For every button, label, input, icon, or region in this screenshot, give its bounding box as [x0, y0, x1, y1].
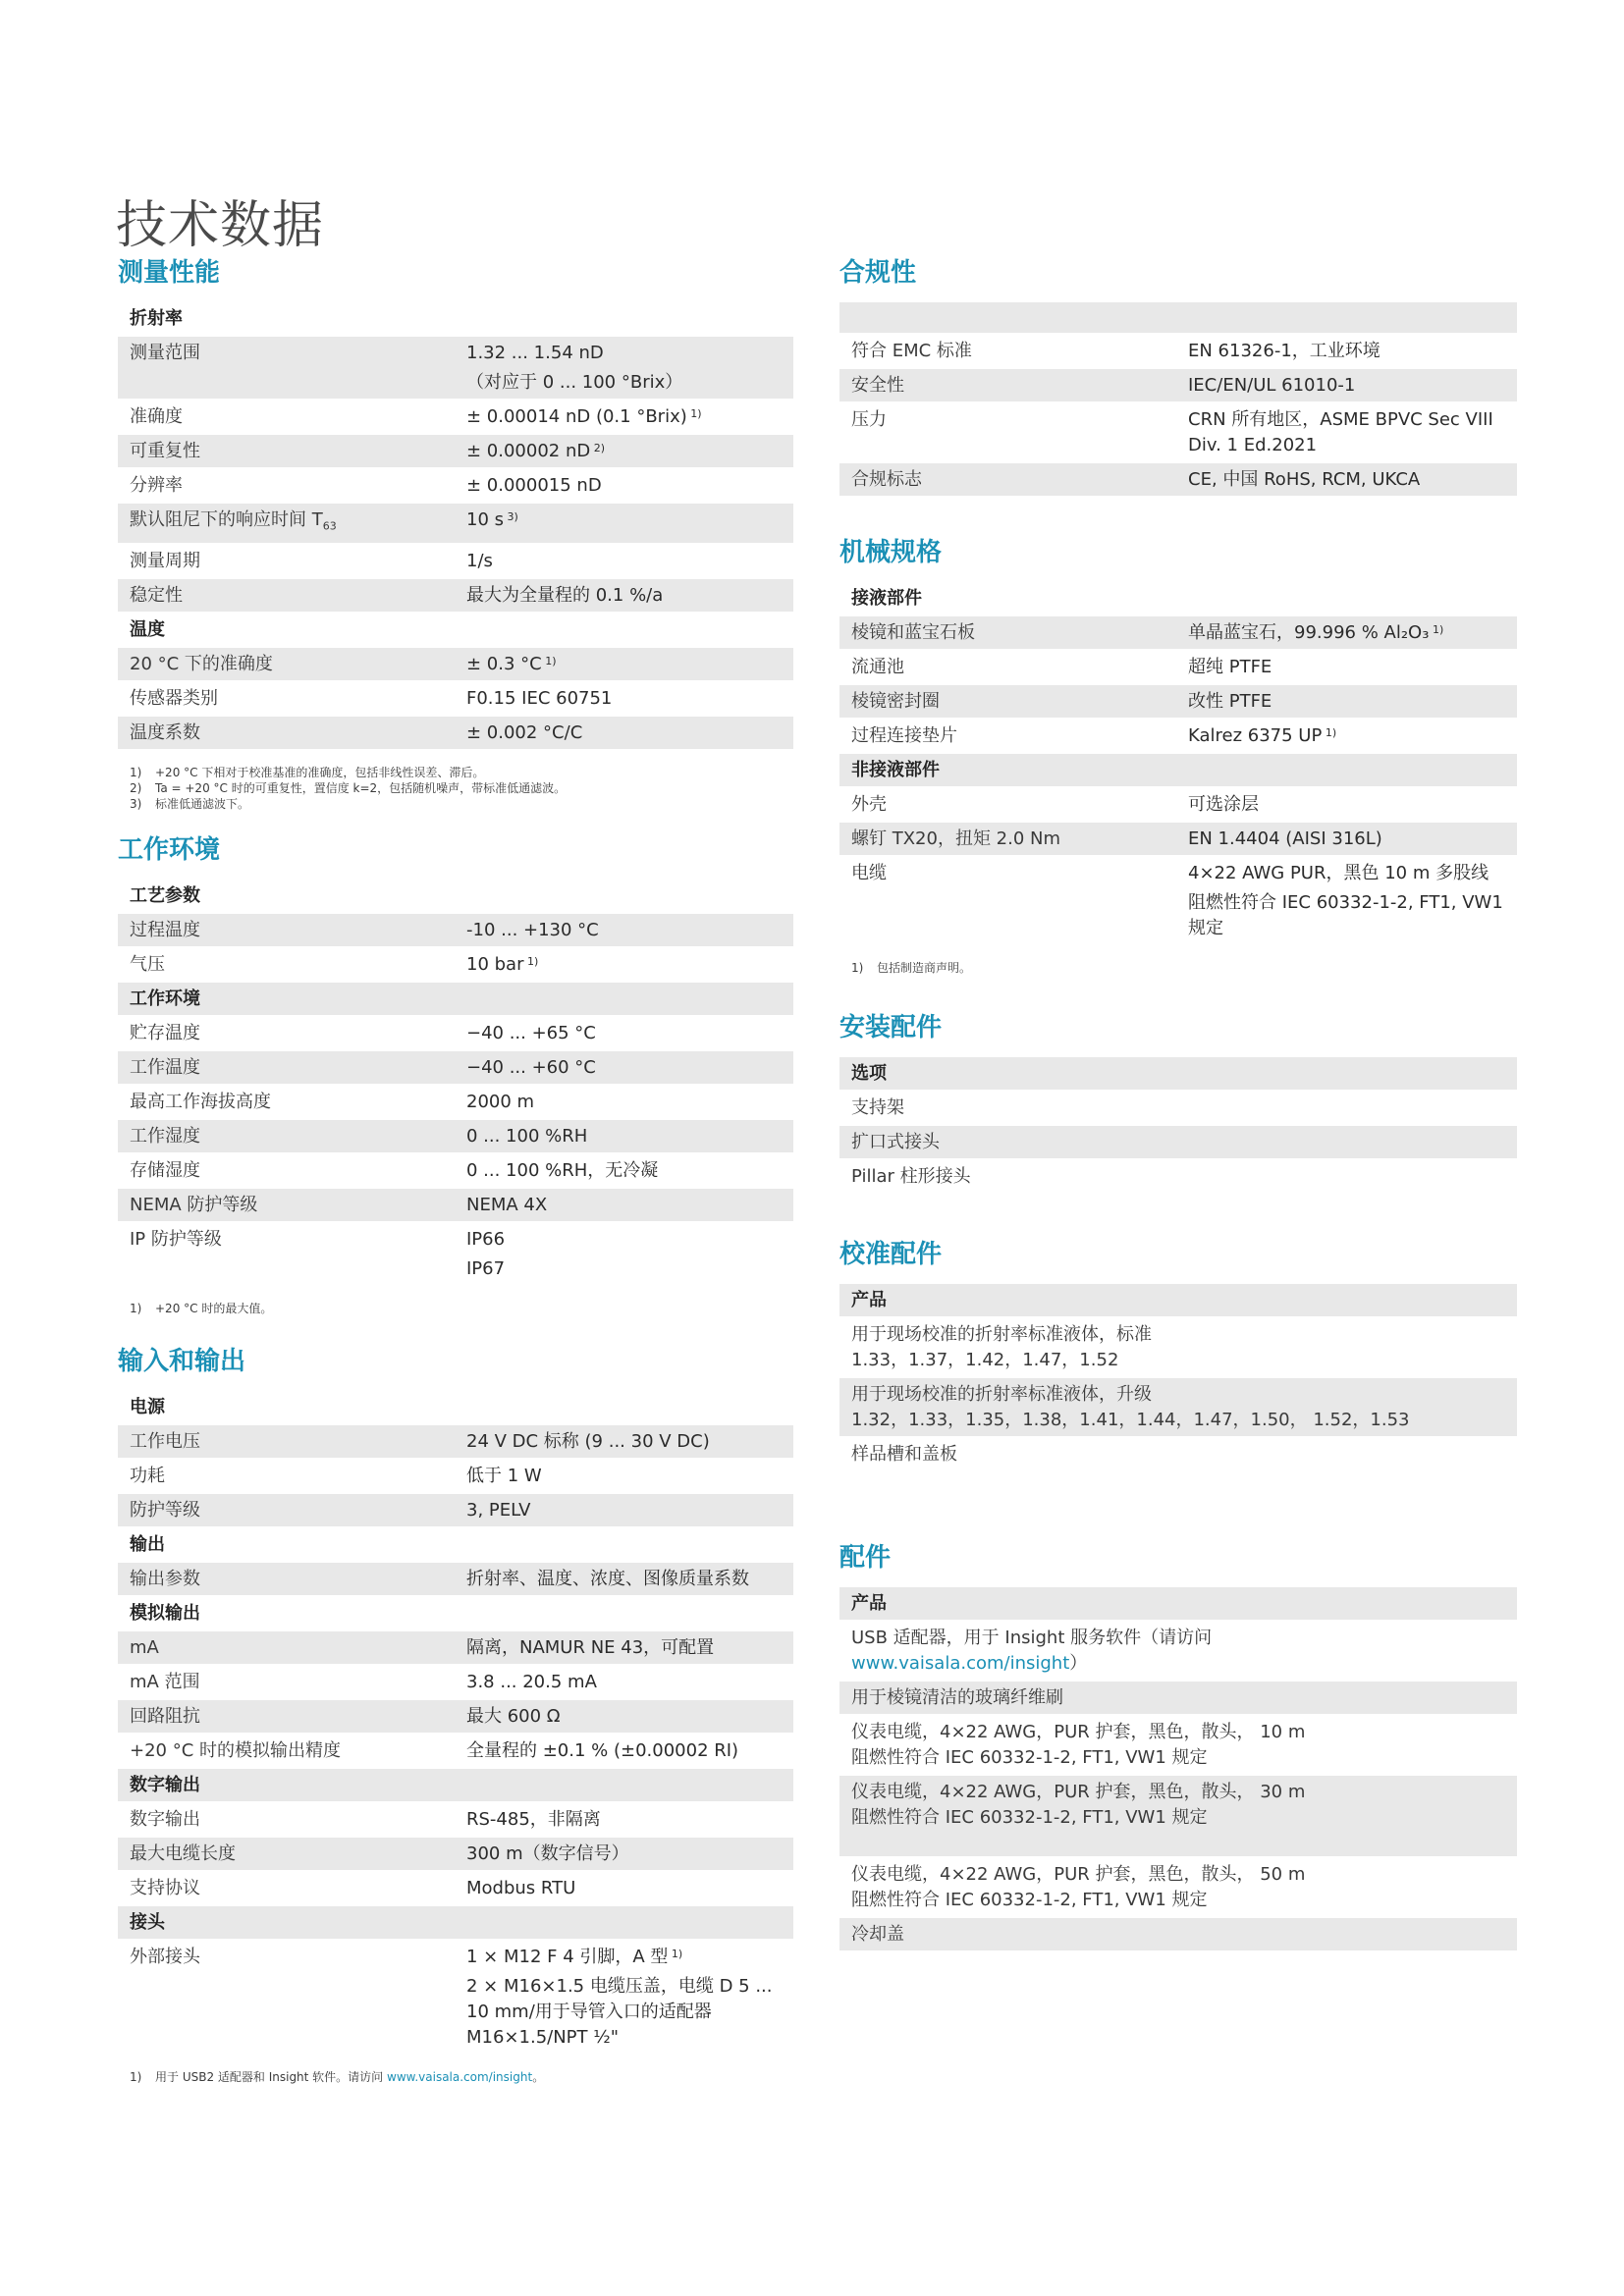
row-label: 气压 — [118, 952, 466, 978]
row-value: 全量程的 ±0.1 % (±0.00002 RI) — [466, 1738, 793, 1764]
value-line: 10 s 3) — [466, 507, 785, 533]
table-row: 可重复性± 0.00002 nD 2) — [118, 435, 793, 469]
row-value: 10 bar 1) — [466, 952, 793, 978]
row-value: 可选涂层 — [1188, 792, 1517, 818]
table-row: 工作温度−40 ... +60 °C — [118, 1051, 793, 1086]
row-value: 最大 600 Ω — [466, 1704, 793, 1730]
row-value: EN 61326-1，工业环境 — [1188, 339, 1517, 364]
row-value: NEMA 4X — [466, 1193, 793, 1218]
footnotes: 1)+20 °C 时的最大值。 — [118, 1301, 793, 1316]
spec-table: 符合 EMC 标准EN 61326-1，工业环境安全性IEC/EN/UL 610… — [839, 302, 1517, 498]
section-heading: 校准配件 — [839, 1235, 1517, 1284]
table-subheader: 工作环境 — [118, 983, 793, 1017]
row-value: −40 ... +60 °C — [466, 1055, 793, 1081]
table-row: 工作电压24 V DC 标称 (9 ... 30 V DC) — [118, 1425, 793, 1460]
row-label: 默认阻尼下的响应时间 T63 — [118, 507, 466, 540]
row-value: 1 × M12 F 4 引脚，A 型 1)2 × M16×1.5 电缆压盖，电缆… — [466, 1945, 793, 2051]
value-line: 最大为全量程的 0.1 %/a — [466, 583, 785, 609]
row-label: 工艺参数 — [118, 883, 793, 909]
footnotes: 1) 用于 USB2 适配器和 Insight 软件。请访问 www.vaisa… — [118, 2069, 793, 2085]
row-label: 过程连接垫片 — [839, 723, 1188, 749]
row-label: 合规标志 — [839, 467, 1188, 493]
row-value: 改性 PTFE — [1188, 689, 1517, 715]
section-heading: 机械规格 — [839, 533, 1517, 582]
table-row: 回路阻抗最大 600 Ω — [118, 1700, 793, 1735]
row-label: 仪表电缆，4×22 AWG，PUR 护套，黑色，散头， 30 m阻燃性符合 IE… — [839, 1780, 1517, 1853]
table-row: 安全性IEC/EN/UL 61010-1 — [839, 369, 1517, 403]
table-subheader: 非接液部件 — [839, 754, 1517, 788]
value-line: 3, PELV — [466, 1498, 785, 1523]
table-row: 测量周期1/s — [118, 545, 793, 579]
row-label: 仪表电缆，4×22 AWG，PUR 护套，黑色，散头， 10 m阻燃性符合 IE… — [839, 1720, 1517, 1771]
value-line: −40 ... +65 °C — [466, 1021, 785, 1046]
row-label: 接液部件 — [839, 586, 1517, 612]
footnote-number: 1) — [130, 1301, 155, 1316]
table-subheader: 接液部件 — [839, 582, 1517, 616]
value-line: CE, 中国 RoHS, RCM, UKCA — [1188, 467, 1509, 493]
row-label: 安全性 — [839, 373, 1188, 399]
row-value: 1.32 ... 1.54 nD（对应于 0 ... 100 °Brix） — [466, 341, 793, 396]
value-line: 10 bar 1) — [466, 952, 785, 978]
row-value: Kalrez 6375 UP 1) — [1188, 723, 1517, 749]
table-row: 分辨率± 0.000015 nD — [118, 469, 793, 504]
value-line: 4×22 AWG PUR，黑色 10 m 多股线 — [1188, 861, 1509, 886]
spec-table: 折射率测量范围1.32 ... 1.54 nD（对应于 0 ... 100 °B… — [118, 302, 793, 751]
row-label: 产品 — [839, 1288, 1517, 1313]
value-line: 24 V DC 标称 (9 ... 30 V DC) — [466, 1429, 785, 1455]
row-value: IP66IP67 — [466, 1227, 793, 1282]
value-line: RS-485，非隔离 — [466, 1807, 785, 1833]
table-subheader: 温度 — [118, 614, 793, 648]
row-label: 工作温度 — [118, 1055, 466, 1081]
spec-table: 产品USB 适配器，用于 Insight 服务软件（请访问www.vaisala… — [839, 1587, 1517, 1952]
value-line: 最大 600 Ω — [466, 1704, 785, 1730]
row-value: ± 0.00002 nD 2) — [466, 439, 793, 464]
page-title: 技术数据 — [116, 184, 324, 257]
value-line: 超纯 PTFE — [1188, 655, 1509, 680]
table-subheader: 工艺参数 — [118, 880, 793, 914]
table-row: 仪表电缆，4×22 AWG，PUR 护套，黑色，散头， 30 m阻燃性符合 IE… — [839, 1776, 1517, 1858]
section-heading: 工作环境 — [118, 830, 793, 880]
value-line: 2 × M16×1.5 电缆压盖，电缆 D 5 ... 10 mm/用于导管入口… — [466, 1974, 785, 2051]
section-heading: 合规性 — [839, 253, 1517, 302]
value-line: 2000 m — [466, 1090, 785, 1115]
row-value: 4×22 AWG PUR，黑色 10 m 多股线阻燃性符合 IEC 60332-… — [1188, 861, 1517, 941]
footnote-text: +20 °C 时的最大值。 — [155, 1301, 272, 1316]
section-compliance: 合规性 符合 EMC 标准EN 61326-1，工业环境安全性IEC/EN/UL… — [839, 253, 1517, 498]
row-value: EN 1.4404 (AISI 316L) — [1188, 827, 1517, 852]
table-row: 默认阻尼下的响应时间 T6310 s 3) — [118, 504, 793, 545]
table-row: 样品槽和盖板 — [839, 1438, 1517, 1472]
table-row: 最高工作海拔高度2000 m — [118, 1086, 793, 1120]
table-row: Pillar 柱形接头 — [839, 1160, 1517, 1195]
table-subheader: 产品 — [839, 1587, 1517, 1622]
section-io: 输入和输出 电源工作电压24 V DC 标称 (9 ... 30 V DC)功耗… — [118, 1342, 793, 2085]
section-heading: 配件 — [839, 1538, 1517, 1587]
row-label: mA 范围 — [118, 1670, 466, 1695]
table-row: 流通池超纯 PTFE — [839, 651, 1517, 685]
table-row: 仪表电缆，4×22 AWG，PUR 护套，黑色，散头， 50 m阻燃性符合 IE… — [839, 1858, 1517, 1918]
row-label: 可重复性 — [118, 439, 466, 464]
row-label: 冷却盖 — [839, 1922, 1517, 1948]
row-label: 贮存温度 — [118, 1021, 466, 1046]
row-value: 1/s — [466, 549, 793, 574]
value-line: Kalrez 6375 UP 1) — [1188, 723, 1509, 749]
table-row: 冷却盖 — [839, 1918, 1517, 1952]
value-line: 3.8 ... 20.5 mA — [466, 1670, 785, 1695]
spec-table: 产品用于现场校准的折射率标准液体，标准1.33，1.37，1.42，1.47，1… — [839, 1284, 1517, 1472]
row-label: 20 °C 下的准确度 — [118, 652, 466, 677]
table-subheader: 数字输出 — [118, 1769, 793, 1803]
row-label: 最高工作海拔高度 — [118, 1090, 466, 1115]
row-label: 产品 — [839, 1591, 1517, 1617]
table-row: 扩口式接头 — [839, 1126, 1517, 1160]
row-label: 棱镜和蓝宝石板 — [839, 620, 1188, 646]
footnote: 1)+20 °C 下相对于校准基准的准确度，包括非线性误差、滞后。 — [130, 765, 793, 780]
row-label: 存储湿度 — [118, 1158, 466, 1184]
value-line: CRN 所有地区，ASME BPVC Sec VIII Div. 1 Ed.20… — [1188, 407, 1509, 458]
row-label: +20 °C 时的模拟输出精度 — [118, 1738, 466, 1764]
row-label: 测量周期 — [118, 549, 466, 574]
table-row: 准确度± 0.00014 nD (0.1 °Brix) 1) — [118, 400, 793, 435]
footnote-number: 3) — [130, 796, 155, 812]
value-line: EN 61326-1，工业环境 — [1188, 339, 1509, 364]
row-value: CRN 所有地区，ASME BPVC Sec VIII Div. 1 Ed.20… — [1188, 407, 1517, 458]
row-label: 回路阻抗 — [118, 1704, 466, 1730]
table-row: mA 范围3.8 ... 20.5 mA — [118, 1666, 793, 1700]
row-label: 电缆 — [839, 861, 1188, 941]
table-row: 存储湿度0 ... 100 %RH，无冷凝 — [118, 1154, 793, 1189]
row-value: 10 s 3) — [466, 507, 793, 540]
table-row: 工作湿度0 ... 100 %RH — [118, 1120, 793, 1154]
row-label: 准确度 — [118, 404, 466, 430]
value-line: IP67 — [466, 1256, 785, 1282]
row-value: ± 0.002 °C/C — [466, 721, 793, 746]
row-value: Modbus RTU — [466, 1876, 793, 1901]
row-value: ± 0.00014 nD (0.1 °Brix) 1) — [466, 404, 793, 430]
footnote: 3)标准低通滤波下。 — [130, 796, 793, 812]
value-line: 1.32 ... 1.54 nD — [466, 341, 785, 366]
footnotes: 1)+20 °C 下相对于校准基准的准确度，包括非线性误差、滞后。2)Ta = … — [118, 765, 793, 812]
footnote-number: 1) — [130, 2069, 155, 2085]
row-label: 工作环境 — [118, 987, 793, 1012]
value-line: EN 1.4404 (AISI 316L) — [1188, 827, 1509, 852]
footnote-number: 1) — [130, 765, 155, 780]
row-label: 功耗 — [118, 1464, 466, 1489]
footnote-text: 包括制造商声明。 — [877, 960, 971, 976]
row-value: 0 ... 100 %RH — [466, 1124, 793, 1149]
table-row: 压力CRN 所有地区，ASME BPVC Sec VIII Div. 1 Ed.… — [839, 403, 1517, 463]
row-label: 温度系数 — [118, 721, 466, 746]
value-line: ± 0.3 °C 1) — [466, 652, 785, 677]
section-environment: 工作环境 工艺参数过程温度-10 ... +130 °C气压10 bar 1)工… — [118, 830, 793, 1316]
table-row: 外部接头1 × M12 F 4 引脚，A 型 1)2 × M16×1.5 电缆压… — [118, 1941, 793, 2056]
row-value: 隔离，NAMUR NE 43，可配置 — [466, 1635, 793, 1661]
row-label-line2: 阻燃性符合 IEC 60332-1-2, FT1, VW1 规定 — [851, 1807, 1208, 1828]
table-row: USB 适配器，用于 Insight 服务软件（请访问www.vaisala.c… — [839, 1622, 1517, 1682]
footnote-text: Ta = +20 °C 时的可重复性，置信度 k=2，包括随机噪声，带标准低通滤… — [155, 780, 566, 796]
row-label: Pillar 柱形接头 — [839, 1164, 1517, 1190]
value-line: F0.15 IEC 60751 — [466, 686, 785, 712]
insight-link[interactable]: www.vaisala.com/insight — [387, 2070, 532, 2084]
footnote-text: 标准低通滤波下。 — [155, 796, 249, 812]
value-line: ± 0.00002 nD 2) — [466, 439, 785, 464]
row-label: 用于现场校准的折射率标准液体，标准1.33，1.37，1.42，1.47，1.5… — [839, 1322, 1517, 1373]
table-row: 用于棱镜清洁的玻璃纤维刷 — [839, 1682, 1517, 1716]
row-label: mA — [118, 1635, 466, 1661]
section-calibration: 校准配件 产品用于现场校准的折射率标准液体，标准1.33，1.37，1.42，1… — [839, 1235, 1517, 1472]
row-label: 外部接头 — [118, 1945, 466, 2051]
row-value: 单晶蓝宝石，99.996 % Al₂O₃ 1) — [1188, 620, 1517, 646]
value-line: ± 0.00014 nD (0.1 °Brix) 1) — [466, 404, 785, 430]
row-label: 折射率 — [118, 306, 793, 332]
row-label: 用于现场校准的折射率标准液体，升级1.32，1.33，1.35，1.38，1.4… — [839, 1382, 1517, 1433]
row-label: 工作电压 — [118, 1429, 466, 1455]
table-row: 过程连接垫片Kalrez 6375 UP 1) — [839, 720, 1517, 754]
value-line: （对应于 0 ... 100 °Brix） — [466, 370, 785, 396]
row-label: 螺钉 TX20，扭矩 2.0 Nm — [839, 827, 1188, 852]
table-subheader: 模拟输出 — [118, 1597, 793, 1631]
row-label: 传感器类别 — [118, 686, 466, 712]
footnotes: 1)包括制造商声明。 — [839, 960, 1517, 976]
row-label: NEMA 防护等级 — [118, 1193, 466, 1218]
value-line: 单晶蓝宝石，99.996 % Al₂O₃ 1) — [1188, 620, 1509, 646]
table-row: 防护等级3, PELV — [118, 1494, 793, 1528]
row-label-line2: 1.32，1.33，1.35，1.38，1.41，1.44，1.47，1.50，… — [851, 1410, 1410, 1430]
value-line: 隔离，NAMUR NE 43，可配置 — [466, 1635, 785, 1661]
table-row: 最大电缆长度300 m（数字信号） — [118, 1838, 793, 1872]
row-label: 用于棱镜清洁的玻璃纤维刷 — [839, 1685, 1517, 1711]
table-row: 贮存温度−40 ... +65 °C — [118, 1017, 793, 1051]
value-line: ± 0.002 °C/C — [466, 721, 785, 746]
row-label: 流通池 — [839, 655, 1188, 680]
table-row: +20 °C 时的模拟输出精度全量程的 ±0.1 % (±0.00002 RI) — [118, 1735, 793, 1769]
table-subheader — [839, 302, 1517, 335]
table-row: 传感器类别F0.15 IEC 60751 — [118, 682, 793, 717]
value-line: −40 ... +60 °C — [466, 1055, 785, 1081]
spec-table: 工艺参数过程温度-10 ... +130 °C气压10 bar 1)工作环境贮存… — [118, 880, 793, 1287]
table-row: 仪表电缆，4×22 AWG，PUR 护套，黑色，散头， 10 m阻燃性符合 IE… — [839, 1716, 1517, 1776]
footnote-text: 用于 USB2 适配器和 Insight 软件。请访问 www.vaisala.… — [155, 2069, 544, 2085]
row-value: IEC/EN/UL 61010-1 — [1188, 373, 1517, 399]
table-row: 过程温度-10 ... +130 °C — [118, 914, 793, 948]
row-label-line2: 阻燃性符合 IEC 60332-1-2, FT1, VW1 规定 — [851, 1890, 1208, 1910]
row-label: 非接液部件 — [839, 758, 1517, 783]
table-row: 输出参数折射率、温度、浓度、图像质量系数 — [118, 1563, 793, 1597]
row-label: 输出参数 — [118, 1567, 466, 1592]
footnote: 1) 用于 USB2 适配器和 Insight 软件。请访问 www.vaisa… — [130, 2069, 793, 2085]
row-label: 数字输出 — [118, 1773, 793, 1798]
value-line: IEC/EN/UL 61010-1 — [1188, 373, 1509, 399]
table-subheader: 产品 — [839, 1284, 1517, 1318]
row-label: 压力 — [839, 407, 1188, 458]
table-row: 支持架 — [839, 1092, 1517, 1126]
row-value: 24 V DC 标称 (9 ... 30 V DC) — [466, 1429, 793, 1455]
row-label: 电源 — [118, 1395, 793, 1420]
section-heading: 测量性能 — [118, 253, 793, 302]
row-value: 折射率、温度、浓度、图像质量系数 — [466, 1567, 793, 1592]
value-line: -10 ... +130 °C — [466, 918, 785, 943]
table-subheader: 折射率 — [118, 302, 793, 337]
row-label: 输出 — [118, 1532, 793, 1558]
row-value: 300 m（数字信号） — [466, 1842, 793, 1867]
row-value: ± 0.3 °C 1) — [466, 652, 793, 677]
section-accessories: 配件 产品USB 适配器，用于 Insight 服务软件（请访问www.vais… — [839, 1538, 1517, 1952]
table-row: NEMA 防护等级NEMA 4X — [118, 1189, 793, 1223]
row-value: -10 ... +130 °C — [466, 918, 793, 943]
footnote-number: 2) — [130, 780, 155, 796]
table-row: 数字输出RS-485，非隔离 — [118, 1803, 793, 1838]
table-row: 温度系数± 0.002 °C/C — [118, 717, 793, 751]
row-value: 3.8 ... 20.5 mA — [466, 1670, 793, 1695]
value-line: 300 m（数字信号） — [466, 1842, 785, 1867]
section-measurement: 测量性能 折射率测量范围1.32 ... 1.54 nD（对应于 0 ... 1… — [118, 253, 793, 812]
row-value: 3, PELV — [466, 1498, 793, 1523]
table-row: 功耗低于 1 W — [118, 1460, 793, 1494]
row-label: 过程温度 — [118, 918, 466, 943]
row-label: 扩口式接头 — [839, 1130, 1517, 1155]
table-row: 气压10 bar 1) — [118, 948, 793, 983]
row-label: 数字输出 — [118, 1807, 466, 1833]
value-line: NEMA 4X — [466, 1193, 785, 1218]
table-row: 用于现场校准的折射率标准液体，标准1.33，1.37，1.42，1.47，1.5… — [839, 1318, 1517, 1378]
row-label: 模拟输出 — [118, 1601, 793, 1627]
row-label: 棱镜密封圈 — [839, 689, 1188, 715]
row-value: F0.15 IEC 60751 — [466, 686, 793, 712]
row-value: ± 0.000015 nD — [466, 473, 793, 499]
row-value: 2000 m — [466, 1090, 793, 1115]
value-line: 0 ... 100 %RH，无冷凝 — [466, 1158, 785, 1184]
table-subheader: 选项 — [839, 1057, 1517, 1092]
table-row: 稳定性最大为全量程的 0.1 %/a — [118, 579, 793, 614]
value-line: 折射率、温度、浓度、图像质量系数 — [466, 1567, 785, 1592]
row-label: 分辨率 — [118, 473, 466, 499]
value-line: 可选涂层 — [1188, 792, 1509, 818]
value-line: 0 ... 100 %RH — [466, 1124, 785, 1149]
row-value: 0 ... 100 %RH，无冷凝 — [466, 1158, 793, 1184]
row-label: 选项 — [839, 1061, 1517, 1087]
row-label: 符合 EMC 标准 — [839, 339, 1188, 364]
table-subheader: 接头 — [118, 1906, 793, 1941]
row-label-line2: 阻燃性符合 IEC 60332-1-2, FT1, VW1 规定 — [851, 1747, 1208, 1768]
row-label: IP 防护等级 — [118, 1227, 466, 1282]
table-row: 外壳可选涂层 — [839, 788, 1517, 823]
row-label: 样品槽和盖板 — [839, 1442, 1517, 1468]
row-label: 稳定性 — [118, 583, 466, 609]
table-row: IP 防护等级IP66IP67 — [118, 1223, 793, 1287]
table-row: 20 °C 下的准确度± 0.3 °C 1) — [118, 648, 793, 682]
footnote: 1)包括制造商声明。 — [851, 960, 1517, 976]
section-mechanical: 机械规格 接液部件棱镜和蓝宝石板单晶蓝宝石，99.996 % Al₂O₃ 1)流… — [839, 533, 1517, 976]
table-row: 棱镜密封圈改性 PTFE — [839, 685, 1517, 720]
footnote: 2)Ta = +20 °C 时的可重复性，置信度 k=2，包括随机噪声，带标准低… — [130, 780, 793, 796]
table-row: 螺钉 TX20，扭矩 2.0 NmEN 1.4404 (AISI 316L) — [839, 823, 1517, 857]
table-row: 合规标志CE, 中国 RoHS, RCM, UKCA — [839, 463, 1517, 498]
table-row: 符合 EMC 标准EN 61326-1，工业环境 — [839, 335, 1517, 369]
row-label: USB 适配器，用于 Insight 服务软件（请访问www.vaisala.c… — [839, 1626, 1517, 1677]
table-row: mA隔离，NAMUR NE 43，可配置 — [118, 1631, 793, 1666]
row-value: 低于 1 W — [466, 1464, 793, 1489]
footnote-number: 1) — [851, 960, 877, 976]
row-label: 支持架 — [839, 1095, 1517, 1121]
footnote: 1)+20 °C 时的最大值。 — [130, 1301, 793, 1316]
table-row: 电缆4×22 AWG PUR，黑色 10 m 多股线阻燃性符合 IEC 6033… — [839, 857, 1517, 946]
section-heading: 输入和输出 — [118, 1342, 793, 1391]
table-row: 测量范围1.32 ... 1.54 nD（对应于 0 ... 100 °Brix… — [118, 337, 793, 400]
spec-table: 选项支持架扩口式接头Pillar 柱形接头 — [839, 1057, 1517, 1195]
row-label: 防护等级 — [118, 1498, 466, 1523]
value-line: 阻燃性符合 IEC 60332-1-2, FT1, VW1 规定 — [1188, 890, 1509, 941]
row-label: 外壳 — [839, 792, 1188, 818]
row-label: 支持协议 — [118, 1876, 466, 1901]
table-subheader: 输出 — [118, 1528, 793, 1563]
section-heading: 安装配件 — [839, 1008, 1517, 1057]
row-label: 工作湿度 — [118, 1124, 466, 1149]
spec-table: 电源工作电压24 V DC 标称 (9 ... 30 V DC)功耗低于 1 W… — [118, 1391, 793, 2056]
value-line: 低于 1 W — [466, 1464, 785, 1489]
row-label-line2: 1.33，1.37，1.42，1.47，1.52 — [851, 1350, 1118, 1370]
value-line: 改性 PTFE — [1188, 689, 1509, 715]
table-row: 用于现场校准的折射率标准液体，升级1.32，1.33，1.35，1.38，1.4… — [839, 1378, 1517, 1438]
row-value: RS-485，非隔离 — [466, 1807, 793, 1833]
row-value: CE, 中国 RoHS, RCM, UKCA — [1188, 467, 1517, 493]
table-row: 支持协议Modbus RTU — [118, 1872, 793, 1906]
table-subheader: 电源 — [118, 1391, 793, 1425]
value-line: Modbus RTU — [466, 1876, 785, 1901]
value-line: 1 × M12 F 4 引脚，A 型 1) — [466, 1945, 785, 1970]
row-label: 最大电缆长度 — [118, 1842, 466, 1867]
row-label: 接头 — [118, 1910, 793, 1936]
spec-table: 接液部件棱镜和蓝宝石板单晶蓝宝石，99.996 % Al₂O₃ 1)流通池超纯 … — [839, 582, 1517, 946]
row-label: 测量范围 — [118, 341, 466, 396]
row-label — [839, 306, 1517, 330]
value-line: ± 0.000015 nD — [466, 473, 785, 499]
row-label: 温度 — [118, 617, 793, 643]
row-label: 仪表电缆，4×22 AWG，PUR 护套，黑色，散头， 50 m阻燃性符合 IE… — [839, 1862, 1517, 1913]
value-line: IP66 — [466, 1227, 785, 1253]
row-value: 最大为全量程的 0.1 %/a — [466, 583, 793, 609]
section-installation: 安装配件 选项支持架扩口式接头Pillar 柱形接头 — [839, 1008, 1517, 1195]
value-line: 全量程的 ±0.1 % (±0.00002 RI) — [466, 1738, 785, 1764]
insight-link[interactable]: www.vaisala.com/insight — [851, 1653, 1069, 1674]
value-line: 1/s — [466, 549, 785, 574]
row-value: 超纯 PTFE — [1188, 655, 1517, 680]
footnote-text: +20 °C 下相对于校准基准的准确度，包括非线性误差、滞后。 — [155, 765, 484, 780]
table-row: 棱镜和蓝宝石板单晶蓝宝石，99.996 % Al₂O₃ 1) — [839, 616, 1517, 651]
row-value: −40 ... +65 °C — [466, 1021, 793, 1046]
